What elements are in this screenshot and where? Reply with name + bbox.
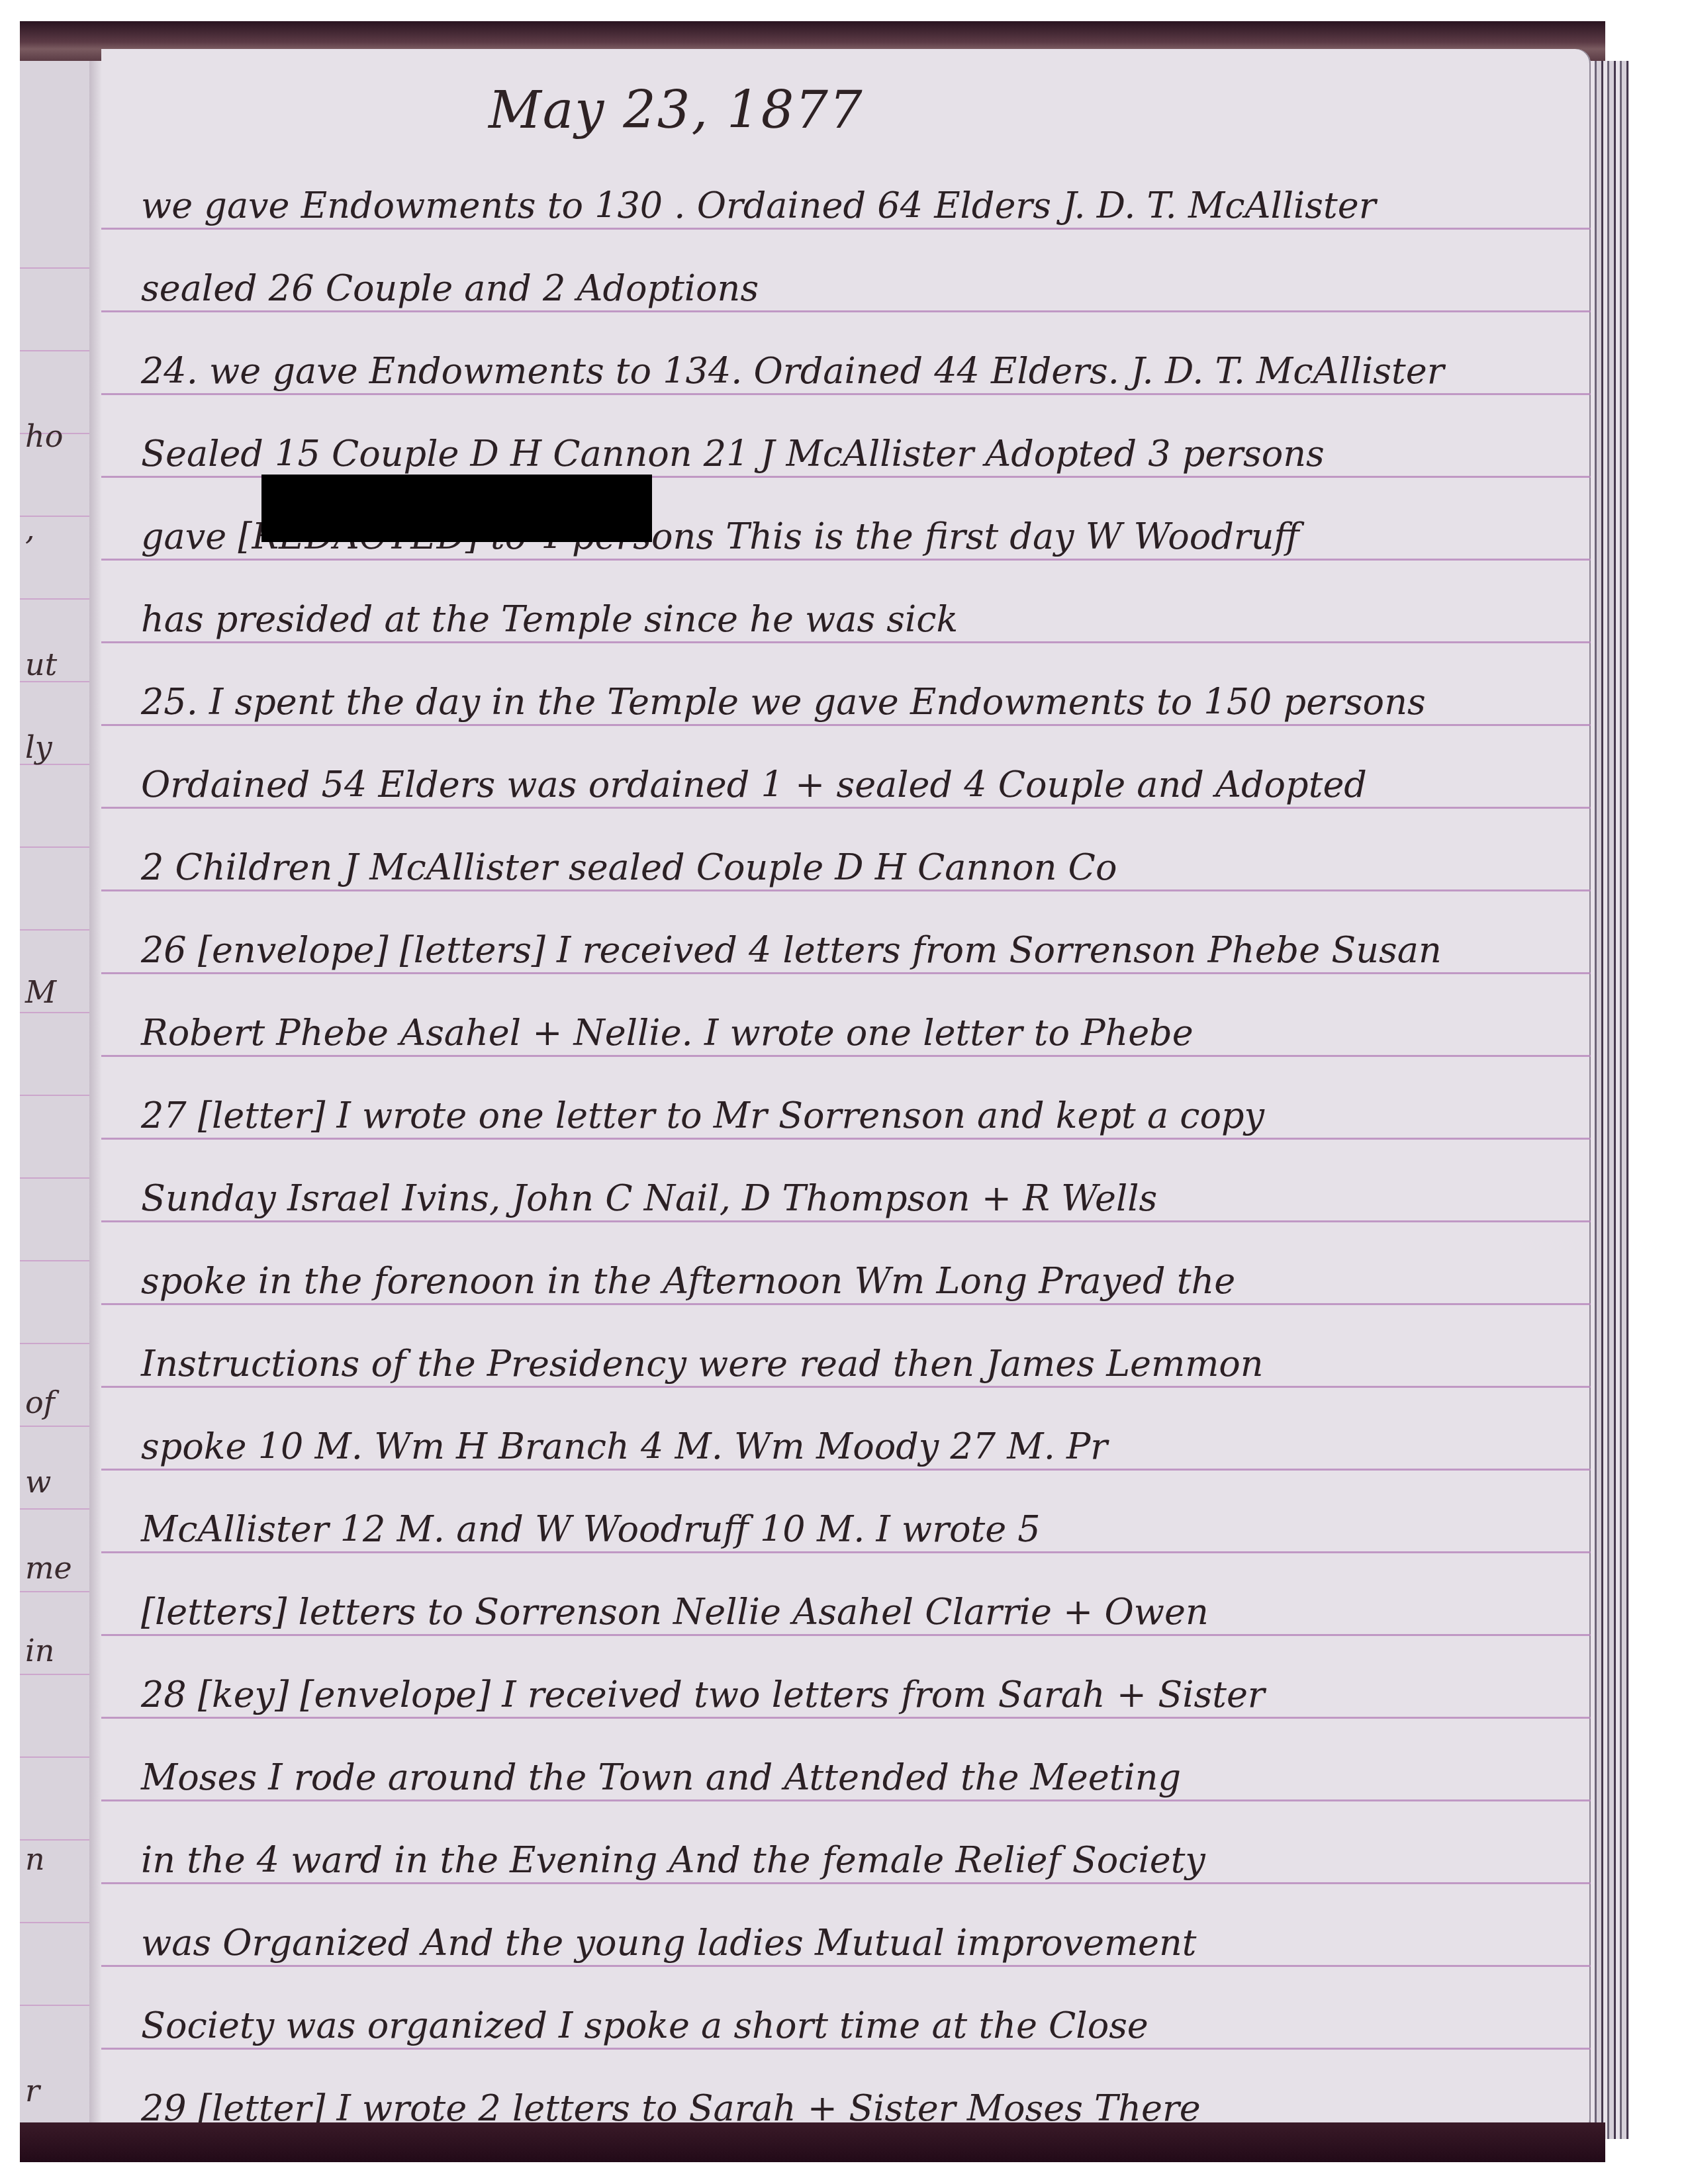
rule-line — [20, 1922, 89, 1923]
journal-line: 2 Children J McAllister sealed Couple D … — [141, 846, 1117, 888]
margin-fragment: ly — [25, 729, 52, 765]
rule-line — [20, 1343, 89, 1344]
margin-fragment: in — [25, 1633, 54, 1668]
rule-line — [20, 1177, 89, 1179]
rule-line — [101, 1799, 1591, 1801]
rule-line — [20, 1508, 89, 1510]
rule-line — [101, 1551, 1591, 1553]
margin-fragment: w — [25, 1464, 51, 1500]
rule-line — [101, 972, 1591, 974]
margin-fragment: me — [25, 1550, 72, 1586]
rule-line — [20, 1591, 89, 1592]
margin-fragment: r — [25, 2073, 40, 2109]
rule-line — [101, 559, 1591, 561]
rule-line — [101, 889, 1591, 891]
rule-line — [101, 1386, 1591, 1388]
rule-line — [101, 1965, 1591, 1967]
rule-line — [101, 641, 1591, 643]
rule-line — [20, 1260, 89, 1261]
rule-line — [101, 1220, 1591, 1222]
rule-line — [20, 846, 89, 848]
rule-line — [20, 1012, 89, 1013]
rule-line — [20, 1756, 89, 1758]
rule-line — [101, 310, 1591, 312]
rule-line — [20, 1839, 89, 1841]
rule-line — [20, 598, 89, 600]
rule-line — [101, 228, 1591, 230]
journal-line: Instructions of the Presidency were read… — [141, 1343, 1264, 1385]
rule-line — [101, 1634, 1591, 1636]
margin-fragment: , — [25, 511, 35, 547]
journal-line: Moses I rode around the Town and Attende… — [141, 1756, 1181, 1798]
rule-line — [20, 267, 89, 269]
book-gutter — [89, 61, 101, 2129]
journal-line: [letters] letters to Sorrenson Nellie As… — [141, 1591, 1209, 1633]
journal-line: in the 4 ward in the Evening And the fem… — [141, 1839, 1205, 1881]
journal-line: spoke 10 M. Wm H Branch 4 M. Wm Moody 27… — [141, 1426, 1107, 1467]
journal-line: Ordained 54 Elders was ordained 1 + seal… — [141, 764, 1367, 805]
rule-line — [20, 1674, 89, 1675]
journal-line: spoke in the forenoon in the Afternoon W… — [141, 1260, 1235, 1302]
margin-fragment: ut — [25, 647, 57, 682]
journal-line: 27 [letter] I wrote one letter to Mr Sor… — [141, 1095, 1264, 1136]
rule-line — [101, 393, 1591, 395]
rule-line — [101, 724, 1591, 726]
date-heading: May 23, 1877 — [489, 81, 864, 140]
journal-line: we gave Endowments to 130 . Ordained 64 … — [141, 185, 1376, 226]
rule-line — [20, 929, 89, 931]
rule-line — [20, 1426, 89, 1427]
journal-line: 25. I spent the day in the Temple we gav… — [141, 681, 1426, 723]
facing-page-edge: ho , ut ly M of w me in n r — [20, 61, 91, 2129]
journal-line: Sealed 15 Couple D H Cannon 21 J McAllis… — [141, 433, 1325, 475]
rule-line — [20, 350, 89, 351]
journal-line: 28 [key] [envelope] I received two lette… — [141, 1674, 1265, 1715]
journal-line: Sunday Israel Ivins, John C Nail, D Thom… — [141, 1177, 1157, 1219]
scanned-book: ho , ut ly M of w me in n r May 23, 1877 — [20, 21, 1605, 2162]
margin-fragment: ho — [25, 418, 63, 454]
stacked-page-edges — [1591, 61, 1629, 2139]
rule-line — [20, 1095, 89, 1096]
journal-line: has presided at the Temple since he was … — [141, 598, 958, 640]
journal-line: Robert Phebe Asahel + Nellie. I wrote on… — [141, 1012, 1194, 1054]
margin-fragment: of — [25, 1385, 55, 1420]
journal-line: was Organized And the young ladies Mutua… — [141, 1922, 1197, 1964]
margin-fragment: M — [25, 974, 56, 1010]
rule-line — [101, 1055, 1591, 1057]
journal-line: sealed 26 Couple and 2 Adoptions — [141, 267, 759, 309]
rule-line — [101, 807, 1591, 809]
rule-line — [101, 2048, 1591, 2050]
rule-line — [20, 2005, 89, 2006]
rule-line — [101, 1469, 1591, 1471]
journal-line: Society was organized I spoke a short ti… — [141, 2005, 1149, 2046]
redaction-box — [261, 475, 652, 542]
rule-line — [101, 1882, 1591, 1884]
journal-page: May 23, 1877 we gave Endowments to 130 .… — [101, 49, 1591, 2134]
rule-line — [101, 1138, 1591, 1140]
rule-line — [101, 1303, 1591, 1305]
journal-line: 26 [envelope] [letters] I received 4 let… — [141, 929, 1442, 971]
book-binding-bottom — [20, 2122, 1605, 2162]
rule-line — [101, 1717, 1591, 1719]
journal-line: McAllister 12 M. and W Woodruff 10 M. I … — [141, 1508, 1041, 1550]
margin-fragment: n — [25, 1841, 45, 1877]
journal-line: 24. we gave Endowments to 134. Ordained … — [141, 350, 1444, 392]
